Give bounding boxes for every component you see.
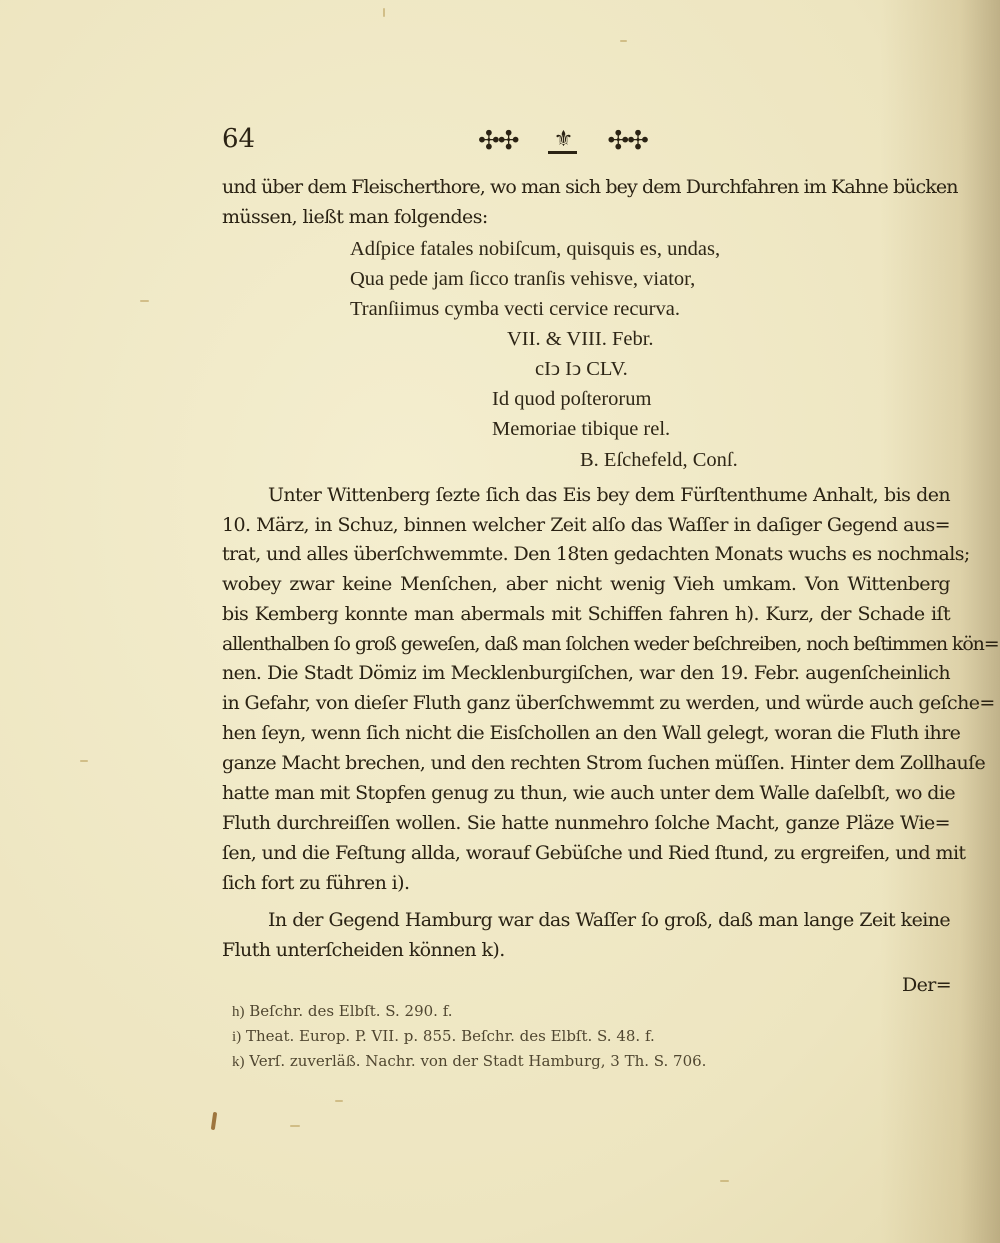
floral-ornament-icon: ✣✣ <box>478 126 518 156</box>
inscription-dedication: Id quod poſterorum <box>492 388 651 411</box>
text-line: hen ſeyn, wenn ſich nicht die Eisſcholle… <box>222 722 950 744</box>
inscription-signature: B. Eſchefeld, Conſ. <box>580 449 738 472</box>
text-line: 10. März, in Schuz, binnen welcher Zeit … <box>222 514 950 536</box>
text-line: ganze Macht brechen, und den rechten Str… <box>222 752 950 774</box>
paper-fleck <box>211 1112 217 1130</box>
footnote-tag: k) <box>232 1054 245 1070</box>
text-line: müssen, ließt man folgendes: <box>222 206 488 228</box>
inscription-verse-line: Qua pede jam ſicco tranſis vehisve, viat… <box>350 268 695 291</box>
footnote-k: k) Verſ. zuverläß. Nachr. von der Stadt … <box>232 1052 706 1071</box>
text-line: und über dem Fleischerthore, wo man sich… <box>222 176 950 198</box>
catchword: Der= <box>902 974 951 996</box>
text-line: Unter Wittenberg ſezte ſich das Eis bey … <box>268 484 950 506</box>
text-line: in Gefahr, von dieſer Fluth ganz überſch… <box>222 692 950 714</box>
inscription-date: VII. & VIII. Febr. <box>507 328 654 351</box>
footnote-text: Beſchr. des Elbſt. S. 290. f. <box>249 1002 452 1020</box>
paper-fleck <box>720 1180 729 1182</box>
book-page: 64 ✣✣ ⚜ ✣✣ und über dem Fleischerthore, … <box>0 0 1000 1243</box>
paper-fleck <box>140 300 149 302</box>
footnote-text: Verſ. zuverläß. Nachr. von der Stadt Ham… <box>249 1052 706 1070</box>
text-line: Fluth durchreiſſen wollen. Sie hatte nun… <box>222 812 950 834</box>
page-header: 64 ✣✣ ⚜ ✣✣ <box>222 122 962 162</box>
inscription-verse-line: Adſpice fatales nobiſcum, quisquis es, u… <box>350 238 720 261</box>
footnote-tag: h) <box>232 1004 245 1020</box>
inscription-verse-line: Tranſiimus cymba vecti cervice recurva. <box>350 298 680 321</box>
paper-fleck <box>335 1100 343 1102</box>
paper-fleck <box>620 40 627 42</box>
text-line: bis Kemberg konnte man abermals mit Schi… <box>222 603 950 625</box>
page-number: 64 <box>222 124 255 154</box>
text-line: Fluth unterſcheiden können k). <box>222 939 505 961</box>
text-line: ſich fort zu führen i). <box>222 872 409 894</box>
text-line: trat, und alles überſchwemmte. Den 18ten… <box>222 543 950 565</box>
text-line: wobey zwar keine Menſchen, aber nicht we… <box>222 573 950 595</box>
text-line: nen. Die Stadt Dömiz im Mecklenburgiſche… <box>222 662 950 684</box>
footnote-h: h) Beſchr. des Elbſt. S. 290. f. <box>232 1002 453 1021</box>
text-line: hatte man mit Stopfen genug zu thun, wie… <box>222 782 950 804</box>
header-ornament: ✣✣ ⚜ ✣✣ <box>478 126 647 156</box>
inscription-year: cIↄ Iↄ CLV. <box>535 358 628 381</box>
inscription-dedication: Memoriae tibique rel. <box>492 418 670 441</box>
text-line: In der Gegend Hamburg war das Waſſer ſo … <box>268 909 950 931</box>
footnote-tag: i) <box>232 1029 241 1045</box>
fleur-ornament-icon: ⚜ <box>548 129 578 154</box>
text-line: ſen, und die Feſtung allda, worauf Gebüſ… <box>222 842 950 864</box>
text-line: allenthalben ſo groß geweſen, daß man ſo… <box>222 633 950 655</box>
paper-fleck <box>290 1125 300 1127</box>
paper-fleck <box>80 760 88 762</box>
footnote-i: i) Theat. Europ. P. VII. p. 855. Beſchr.… <box>232 1027 655 1046</box>
footnote-text: Theat. Europ. P. VII. p. 855. Beſchr. de… <box>246 1027 655 1045</box>
floral-ornament-icon: ✣✣ <box>607 126 647 156</box>
paper-fleck <box>383 8 385 17</box>
